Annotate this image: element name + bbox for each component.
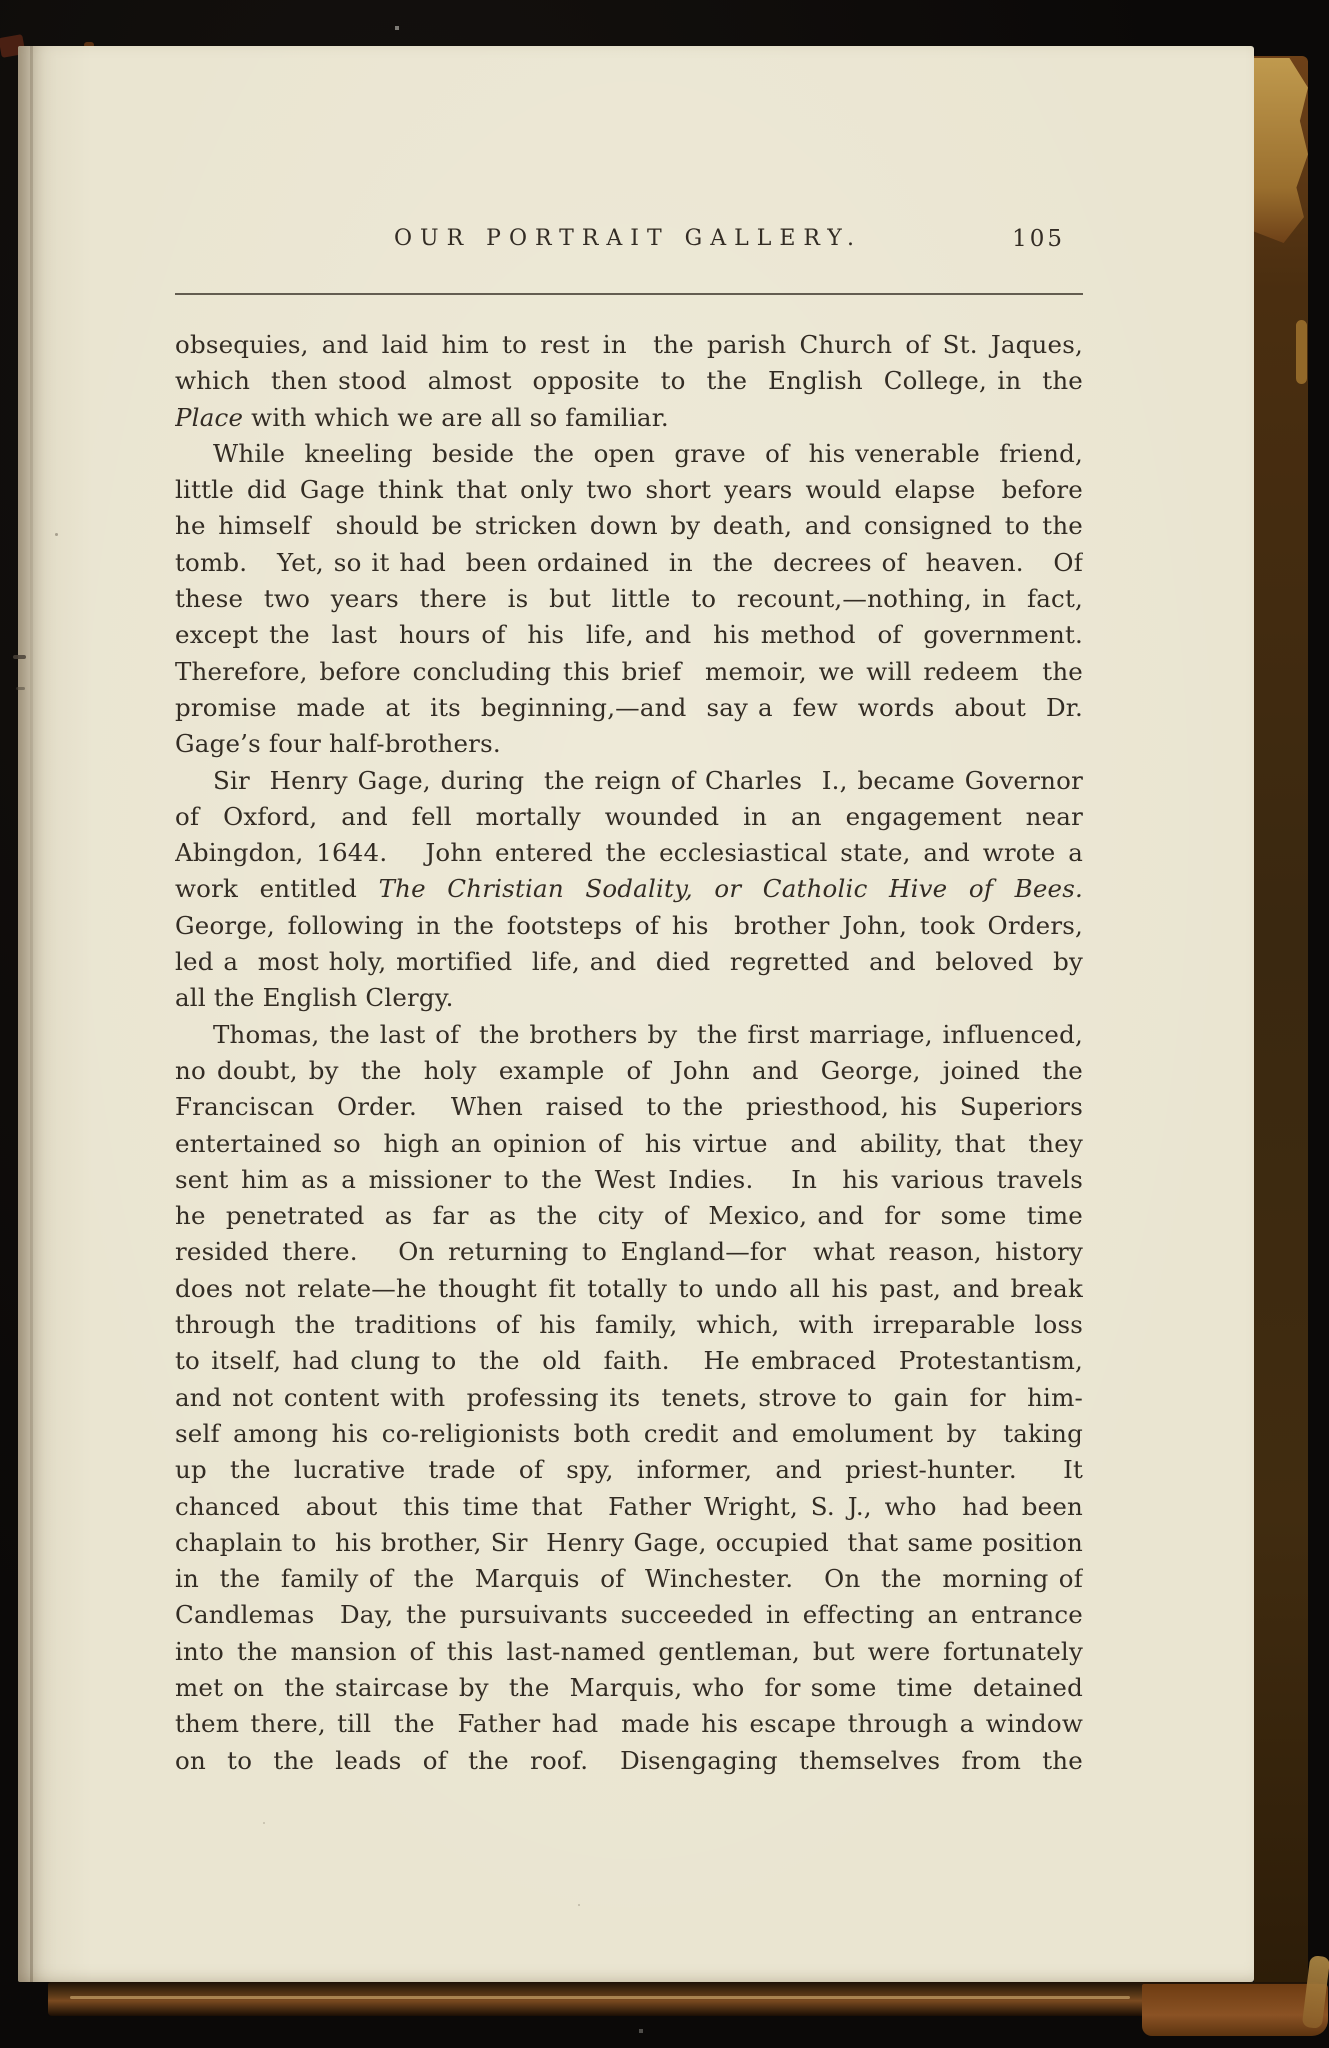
gutter-shadow [30,46,33,1982]
text-line: through the traditions of his family, wh… [175,1307,1083,1343]
text-line: work entitled The Christian Sodality, or… [175,871,1083,907]
page-number: 105 [175,226,1065,252]
margin-mark [16,687,25,690]
text-line: Franciscan Order. When raised to the pri… [175,1089,1083,1125]
text-line: them there, till the Father had made his… [175,1706,1083,1742]
worn-leather-corner [1250,58,1308,243]
text-line: resided there. On returning to England—f… [175,1234,1083,1270]
paragraph: obsequies, and laid him to rest in the p… [175,327,1083,436]
text-line: Gage’s four half-brothers. [175,726,1083,762]
text-line: Therefore, before concluding this brief … [175,654,1083,690]
scanned-book-photo: OUR PORTRAIT GALLERY. 105 obsequies, and… [0,0,1329,2048]
text-line: of Oxford, and fell mortally wounded in … [175,799,1083,835]
text-line: Thomas, the last of the brothers by the … [175,1017,1083,1053]
paper-speck [55,533,58,536]
text-line: Sir Henry Gage, during the reign of Char… [175,763,1083,799]
text-line: all the English Clergy. [175,980,1083,1016]
margin-mark [13,655,26,659]
text-line: on to the leads of the roof. Disengaging… [175,1743,1083,1779]
text-line: he penetrated as far as the city of Mexi… [175,1198,1083,1234]
header-rule [175,293,1083,295]
paragraph: Thomas, the last of the brothers by the … [175,1017,1083,1779]
paragraph: Sir Henry Gage, during the reign of Char… [175,763,1083,1017]
book-cover-bottom-edge [48,1982,1322,2016]
text-line: no doubt, by the holy example of John an… [175,1053,1083,1089]
text-line: Place with which we are all so familiar. [175,400,1083,436]
paper-speck [578,1904,580,1906]
text-line: promise made at its beginning,—and say a… [175,690,1083,726]
text-line: chanced about this time that Father Wrig… [175,1489,1083,1525]
text-line: these two years there is but little to r… [175,581,1083,617]
text-line: chaplain to his brother, Sir Henry Gage,… [175,1525,1083,1561]
text-line: George, following in the footsteps of hi… [175,908,1083,944]
text-body: obsequies, and laid him to rest in the p… [175,327,1083,1779]
text-line: obsequies, and laid him to rest in the p… [175,327,1083,363]
text-line: he himself should be stricken down by de… [175,508,1083,544]
leather-sheen [70,1996,1130,1999]
text-line: except the last hours of his life, and h… [175,617,1083,653]
text-line: tomb. Yet, so it had been ordained in th… [175,545,1083,581]
text-line: does not relate—he thought fit totally t… [175,1271,1083,1307]
paper-speck [263,1822,265,1824]
text-line: met on the staircase by the Marquis, who… [175,1670,1083,1706]
book-cover-corner [1142,1984,1328,2036]
text-line: to itself, had clung to the old faith. H… [175,1343,1083,1379]
text-line: self among his co-religionists both cred… [175,1416,1083,1452]
text-line: entertained so high an opinion of his vi… [175,1126,1083,1162]
text-line: into the mansion of this last-named gent… [175,1634,1083,1670]
text-line: While kneeling beside the open grave of … [175,436,1083,472]
text-line: which then stood almost opposite to the … [175,363,1083,399]
dust-specks [0,0,2,2]
book-page: OUR PORTRAIT GALLERY. 105 obsequies, and… [18,46,1254,1982]
text-line: Abingdon, 1644. John entered the ecclesi… [175,835,1083,871]
text-line: sent him as a missioner to the West Indi… [175,1162,1083,1198]
text-line: up the lucrative trade of spy, informer,… [175,1452,1083,1488]
text-line: Candlemas Day, the pursuivants succeeded… [175,1597,1083,1633]
text-line: in the family of the Marquis of Winchest… [175,1561,1083,1597]
leather-wear-mark [1296,320,1307,384]
text-line: led a most holy, mortified life, and die… [175,944,1083,980]
text-line: and not content with professing its tene… [175,1380,1083,1416]
text-line: little did Gage think that only two shor… [175,472,1083,508]
paragraph: While kneeling beside the open grave of … [175,436,1083,763]
